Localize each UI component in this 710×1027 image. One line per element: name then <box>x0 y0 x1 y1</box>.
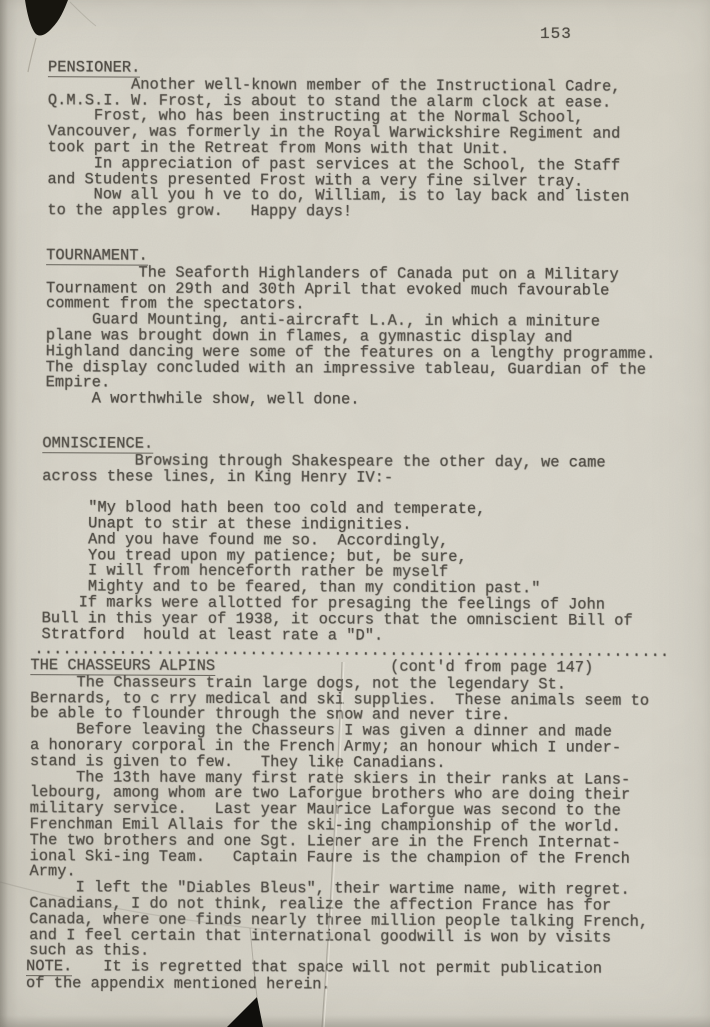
page-number: 153 <box>540 25 572 43</box>
bottom-paper-edge-shadow <box>0 1015 710 1027</box>
section-body: The Seaforth Highlanders of Canada put o… <box>45 265 709 410</box>
text-line: A worthwhile show, well done. <box>45 391 708 410</box>
scanned-document-page: 153 PENSIONER. Another well-known member… <box>0 0 710 1027</box>
section-body: Browsing through Shakespeare the other d… <box>41 453 708 645</box>
text-line: ional Ski-ing Team. Captain Faure is the… <box>29 849 706 868</box>
section-pensioner: PENSIONER. Another well-known member of … <box>0 60 710 222</box>
torn-corner-top-left <box>25 0 68 35</box>
section-body: of the appendix mentioned herein. <box>26 976 706 995</box>
section-note: NOTE.It is regretted that space will not… <box>0 959 706 995</box>
section-body: Another well-known member of the Instruc… <box>47 77 710 222</box>
page-tear-bottom <box>227 997 263 1027</box>
section-chasseurs-alpins: THE CHASSEURS ALPINS(cont'd from page 14… <box>0 658 707 962</box>
section-omniscience: OMNISCIENCE. Browsing through Shakespear… <box>0 436 708 645</box>
section-tournament: TOURNAMENT. The Seaforth Highlanders of … <box>0 248 709 410</box>
text-line: to the apples grow. Happy days! <box>47 203 709 222</box>
text-line: across these lines, in King Henry IV:- <box>42 469 708 488</box>
section-body: The Chasseurs train large dogs, not the … <box>29 675 707 962</box>
text-line: of the appendix mentioned herein. <box>26 976 706 995</box>
text-line: The display concluded with an impressive… <box>46 360 709 379</box>
typed-content: PENSIONER. Another well-known member of … <box>0 60 710 995</box>
